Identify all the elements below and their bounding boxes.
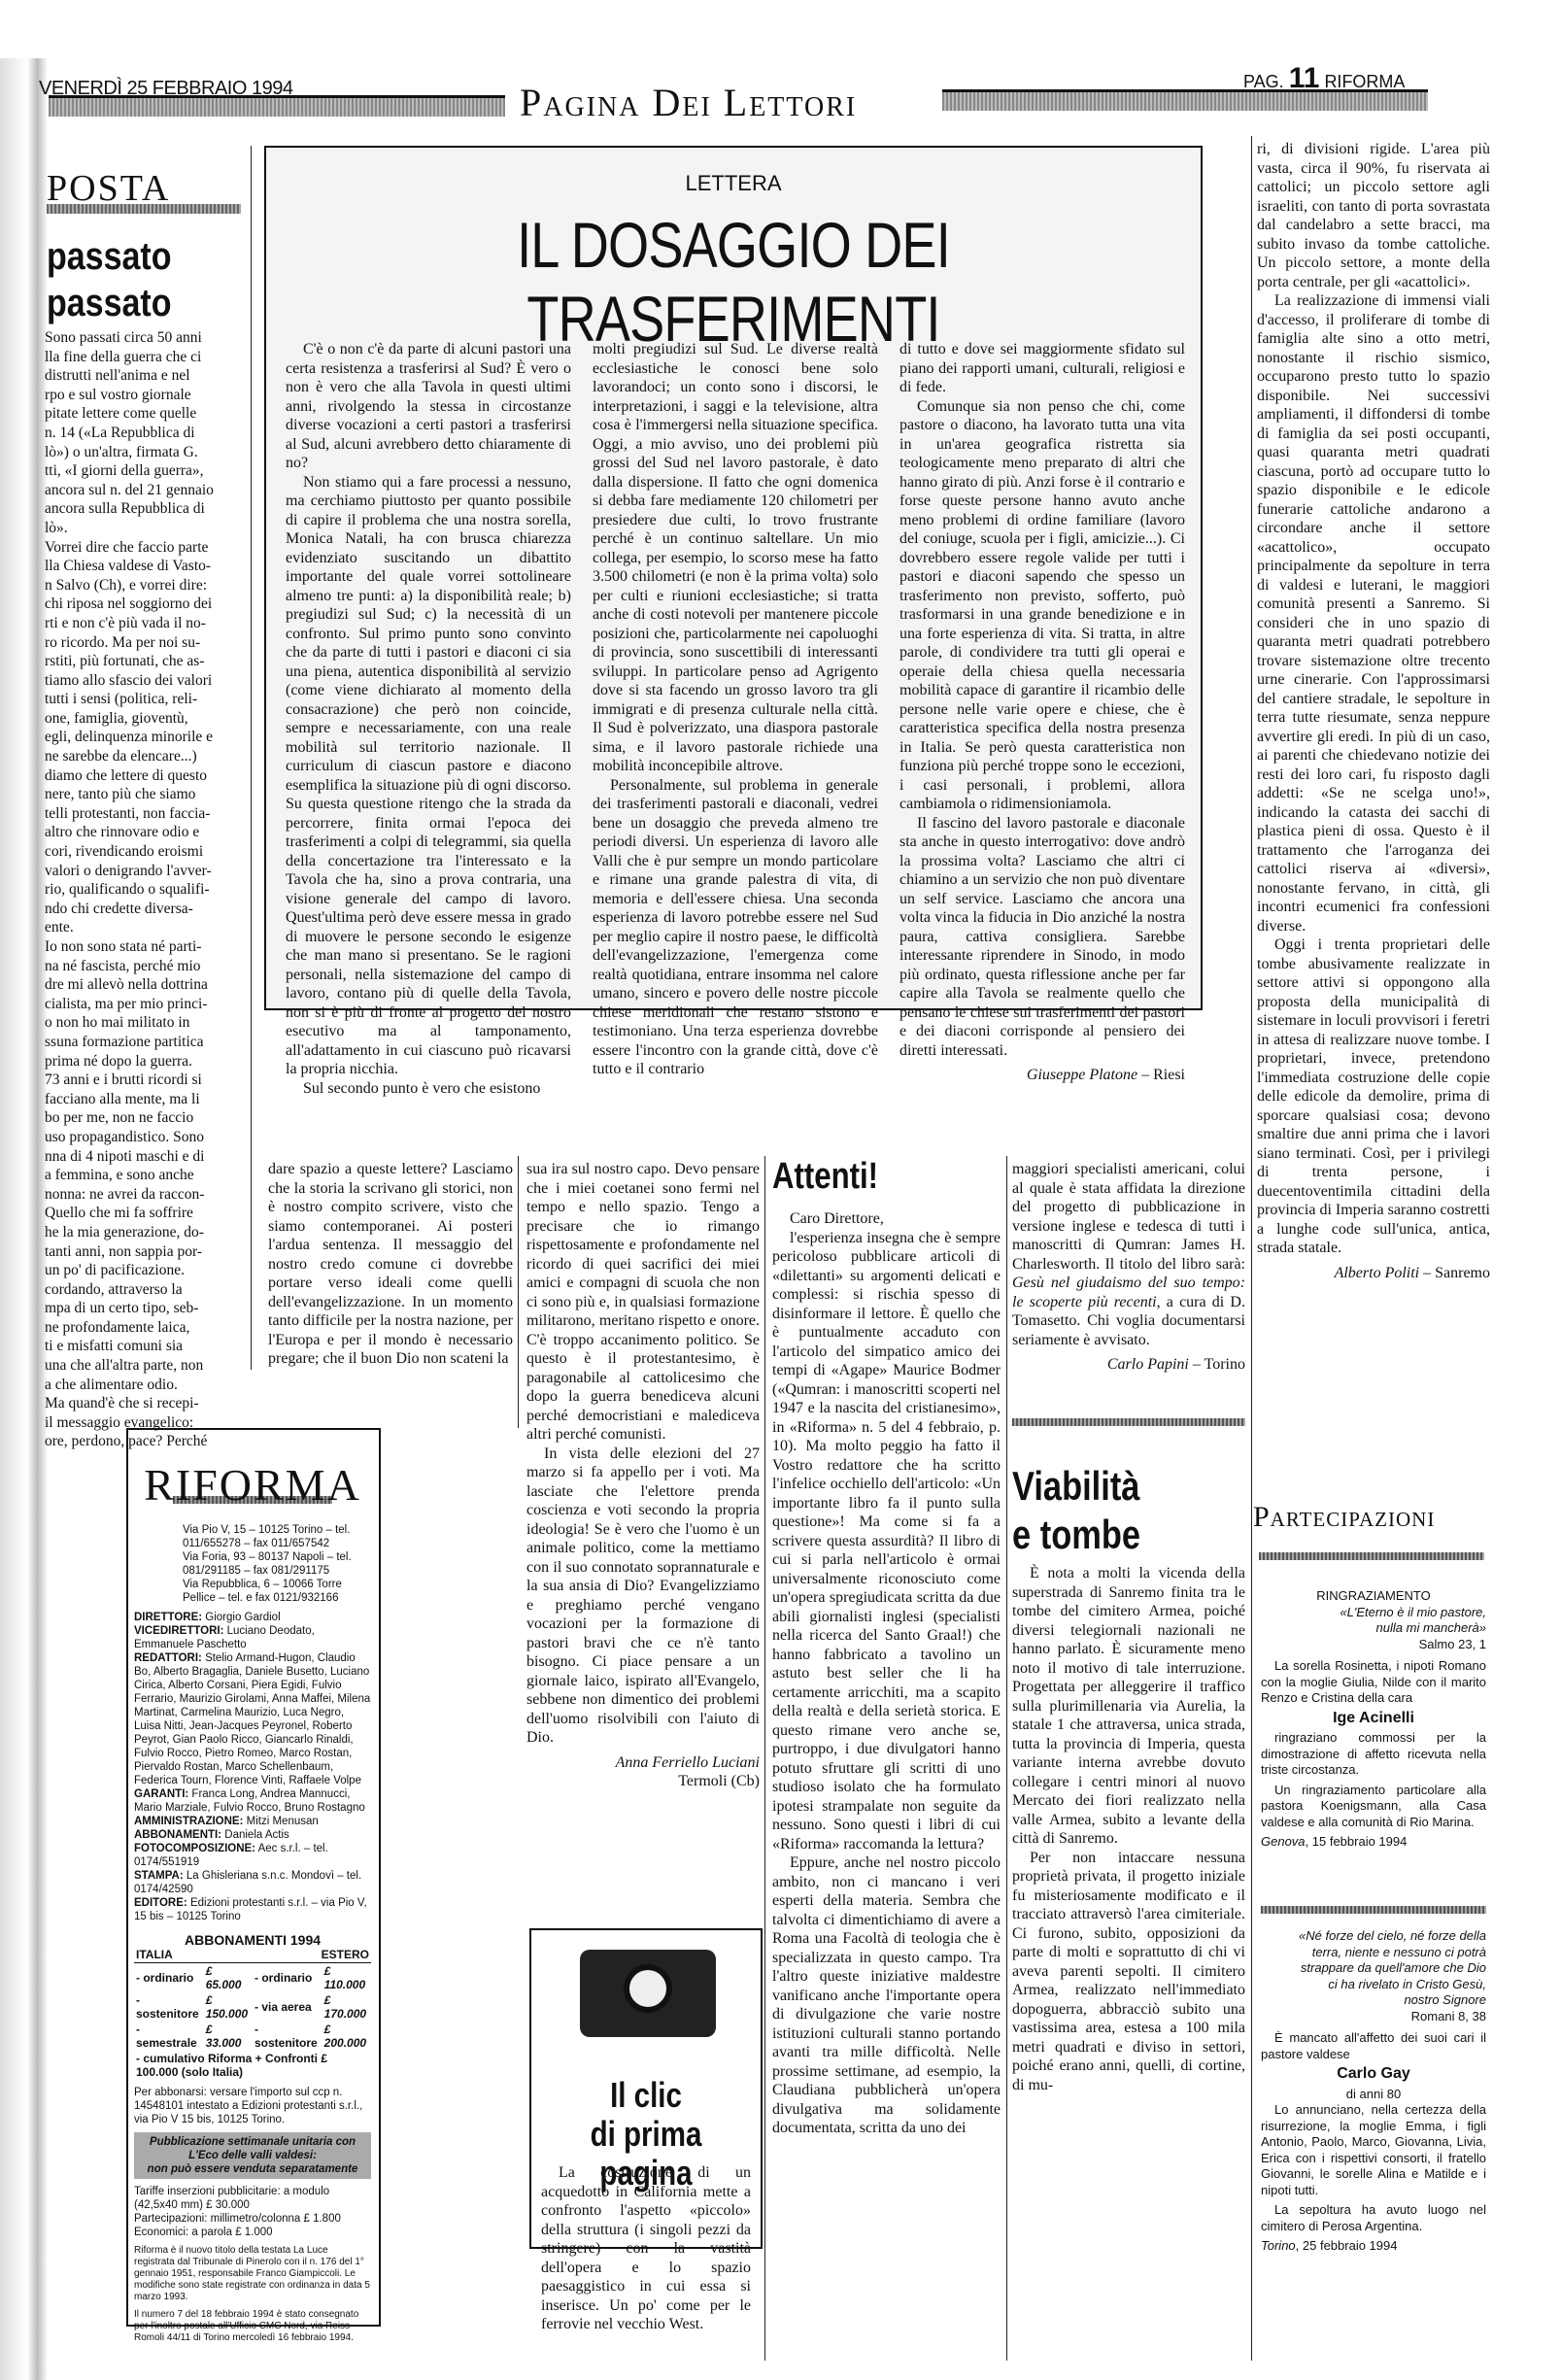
staff-entry: VICEDIRETTORI: Luciano Deodato, Emmanuel… [134, 1624, 371, 1651]
page-number: 11 [1289, 62, 1320, 94]
viabilita-headline: Viabilità e tombe [1012, 1462, 1140, 1559]
subscription-row: - semestrale£ 33.000- sostenitore£ 200.0… [134, 2022, 371, 2051]
posta-line: Sono passati circa 50 anni [45, 328, 245, 348]
subscription-row: - ordinario£ 65.000- ordinario£ 110.000 [134, 1963, 371, 1993]
posta-line: nonna: ne avrei da raccon- [45, 1185, 245, 1205]
deceased-name: Ige Acinelli [1261, 1711, 1486, 1727]
posta-line: dre mi allevò nella dottrina [45, 975, 245, 995]
posta-line: n Salvo (Ch), e vorrei dire: [45, 576, 245, 595]
page-indicator: PAG. 11 RIFORMA [1243, 62, 1405, 95]
posta-line: tti, «I giorni della guerra», [45, 461, 245, 481]
posta-line: ancora sul n. del 21 gennaio [45, 481, 245, 500]
posta-line: nere, tanto più che siamo [45, 785, 245, 804]
riforma-logo: RIFORMA [134, 1479, 371, 1492]
posta-line: cialista, ma per mio princi- [45, 995, 245, 1014]
attenti-letter: Caro Direttore, l'esperienza insegna che… [772, 1209, 1001, 2138]
distribution-banner: Pubblicazione settimanale unitaria con L… [134, 2132, 371, 2179]
lettera-column-3: di tutto e dove sei maggiormente sfidato… [899, 340, 1185, 1098]
posta-line: Io non sono stata né parti- [45, 937, 245, 957]
lettera-signature: Giuseppe Platone – Riesi [899, 1066, 1185, 1085]
lettera-label: LETTERA [266, 171, 1201, 196]
posta-rule [47, 204, 241, 214]
posta-line: uso propagandistico. Sono [45, 1128, 245, 1147]
staff-list: DIRETTORE: Giorgio GardiolVICEDIRETTORI:… [134, 1611, 371, 1923]
notice-carlo-gay: «Né forze del cielo, né forze della terr… [1261, 1928, 1486, 2255]
column-divider [1251, 136, 1252, 2361]
posta-line: cori, rivendicando eroismi [45, 842, 245, 862]
address-list: Via Pio V, 15 – 10125 Torino – tel. 011/… [134, 1523, 371, 1605]
posta-line: cordando, attraverso la [45, 1280, 245, 1300]
column-divider [1006, 1156, 1007, 2361]
lettera-column-1: C'è o non c'è da parte di alcuni pastori… [286, 340, 571, 1098]
posta-line: rstiti, più fortunati, che as- [45, 652, 245, 671]
posta-line: egli, delinquenza minorile e [45, 728, 245, 747]
viabilita-signature: Alberto Politi – Sanremo [1257, 1264, 1490, 1283]
posta-line: he la mia generazione, do- [45, 1223, 245, 1242]
subscriptions-title: ABBONAMENTI 1994 [134, 1933, 371, 1947]
staff-entry: AMMINISTRAZIONE: Mitzi Menusan [134, 1815, 371, 1828]
viabilita-continuation: ri, di divisioni rigide. L'area più vast… [1257, 140, 1490, 1282]
posta-line: diamo che lettere di questo [45, 766, 245, 786]
lettera-box: LETTERA IL DOSAGGIO DEI TRASFERIMENTI C'… [264, 146, 1203, 1010]
subscriptions-table: ITALIAESTERO - ordinario£ 65.000- ordina… [134, 1947, 371, 2080]
publication-name: RIFORMA [1324, 72, 1405, 91]
staff-entry: FOTOCOMPOSIZIONE: Aec s.r.l. – tel. 0174… [134, 1842, 371, 1869]
subscription-row: - sostenitore£ 150.000- via aerea£ 170.0… [134, 1992, 371, 2022]
posta-line: Vorrei dire che faccio parte [45, 538, 245, 558]
posta-continuation: dare spazio a queste lettere? Lasciamo c… [268, 1160, 513, 1369]
staff-entry: STAMPA: La Ghisleriana s.n.c. Mondovì – … [134, 1869, 371, 1896]
posta-line: ente. [45, 918, 245, 937]
column-divider [251, 146, 252, 1370]
posta-line: n. 14 («La Repubblica di [45, 424, 245, 443]
posta-line: rio, qualificando o squalifi- [45, 880, 245, 900]
legal-note-2: Il numero 7 del 18 febbraio 1994 è stato… [134, 2309, 371, 2344]
posta-line: distrutti nell'anima e nel [45, 366, 245, 386]
posta-line: na né fascista, perché mio [45, 957, 245, 976]
posta-line: tanti anni, non sappia por- [45, 1242, 245, 1262]
photo-caption-box: Il clic di prima pagina La costruzione d… [529, 1928, 763, 2249]
posta-line: lla fine della guerra che ci [45, 348, 245, 367]
posta-line: telli protestanti, non faccia- [45, 804, 245, 824]
posta-line: 73 anni e i brutti ricordi si [45, 1071, 245, 1090]
notice-ringraziamento: RINGRAZIAMENTO «L'Eterno è il mio pastor… [1261, 1588, 1486, 1851]
posta-line: nna di 4 nipoti maschi e di [45, 1147, 245, 1167]
section-title: Pagina Dei Lettori [520, 80, 857, 125]
column-divider [764, 1156, 765, 2361]
camera-icon [580, 1950, 716, 2037]
posta-line: un po' di pacificazione. [45, 1261, 245, 1280]
staff-entry: REDATTORI: Stelio Armand-Hugon, Claudio … [134, 1651, 371, 1787]
attenti-headline: Attenti! [772, 1156, 878, 1198]
posta-line: Quello che mi fa soffrire [45, 1204, 245, 1223]
posta-line: rti e non c'è più vada il no- [45, 614, 245, 633]
notice-divider [1261, 1906, 1486, 1914]
posta-line: ne profondamente laica, [45, 1318, 245, 1338]
posta-headline: passato passato [47, 233, 171, 326]
section-rule [1012, 1418, 1245, 1426]
posta-line: lò». [45, 519, 245, 538]
lettera-body: C'è o non c'è da parte di alcuni pastori… [286, 340, 1185, 1098]
attenti-continuation: maggiori specialisti americani, colui al… [1012, 1160, 1245, 1375]
page-label: PAG. [1243, 72, 1284, 91]
partecipazioni-rule [1259, 1552, 1484, 1560]
posta-line: tutti i sensi (politica, reli- [45, 690, 245, 709]
posta-line: tiamo allo sfascio dei valori [45, 671, 245, 691]
posta-line: one, famiglia, gioventù, [45, 709, 245, 729]
posta-line: o non ho mai militato in [45, 1013, 245, 1033]
attenti-signature: Carlo Papini – Torino [1012, 1355, 1245, 1375]
posta-line: lò») o un'altra, firmata G. [45, 443, 245, 462]
posta-line: una che all'altra parte, non [45, 1356, 245, 1376]
header-rule-left [49, 95, 505, 117]
posta-line: facciano alla mente, ma li [45, 1090, 245, 1109]
column-divider [518, 1156, 519, 1428]
posta-line: prima né dopo la guerra. [45, 1052, 245, 1071]
legal-note-1: Riforma è il nuovo titolo della testata … [134, 2245, 371, 2303]
posta-line: Ma quand'è che si recepi- [45, 1394, 245, 1413]
staff-entry: GARANTI: Franca Long, Andrea Mannucci, M… [134, 1787, 371, 1815]
deceased-name: Carlo Gay [1261, 2066, 1486, 2083]
posta-line: ti e misfatti comuni sia [45, 1337, 245, 1356]
posta-continuation-2: sua ira sul nostro capo. Devo pensare ch… [526, 1160, 760, 1791]
posta-line: ne sarebbe da elencare...) [45, 747, 245, 766]
posta-line: mpa di un certo tipo, seb- [45, 1299, 245, 1318]
staff-entry: EDITORE: Edizioni protestanti s.r.l. – v… [134, 1896, 371, 1923]
ad-rates: Tariffe inserzioni pubblicitarie: a modu… [134, 2185, 371, 2239]
posta-line: ancora sulla Repubblica di [45, 499, 245, 519]
lettera-headline: IL DOSAGGIO DEI TRASFERIMENTI [351, 208, 1117, 356]
viabilita-article: È nota a molti la vicenda della superstr… [1012, 1564, 1245, 2094]
clic-caption: La costruzione di un acquedotto in Calif… [541, 2163, 751, 2334]
posta-line: altro che rinnovare odio e [45, 823, 245, 842]
lettera-column-2: molti pregiudizi sul Sud. Le diverse rea… [593, 340, 878, 1098]
posta-line: a che alimentare odio. [45, 1376, 245, 1395]
masthead-box: RIFORMA Via Pio V, 15 – 10125 Torino – t… [126, 1428, 381, 2327]
posta-line: bo per me, non ne faccio [45, 1108, 245, 1128]
posta-line: valori o denigrando l'avver- [45, 862, 245, 881]
partecipazioni-title: Partecipazioni [1253, 1501, 1435, 1534]
posta-line: chi riposa nel soggiorno dei [45, 595, 245, 614]
staff-entry: DIRETTORE: Giorgio Gardiol [134, 1611, 371, 1624]
payment-info: Per abbonarsi: versare l'importo sul ccp… [134, 2086, 371, 2126]
posta-line: ro ricordo. Ma per noi su- [45, 633, 245, 653]
posta-signature: Anna Ferriello LucianiTermoli (Cb) [526, 1753, 760, 1791]
posta-line: pitate lettere come quelle [45, 404, 245, 424]
posta-line: ssuna formazione partitica [45, 1033, 245, 1052]
posta-line: ndo chi credette diversa- [45, 900, 245, 919]
posta-line: rpo e sul vostro giornale [45, 386, 245, 405]
posta-line: a femmina, e sono anche [45, 1166, 245, 1185]
posta-letter-fragment: Sono passati circa 50 annilla fine della… [45, 328, 245, 1451]
posta-line: lla Chiesa valdese di Vasto- [45, 557, 245, 576]
staff-entry: ABBONAMENTI: Daniela Actis [134, 1828, 371, 1842]
